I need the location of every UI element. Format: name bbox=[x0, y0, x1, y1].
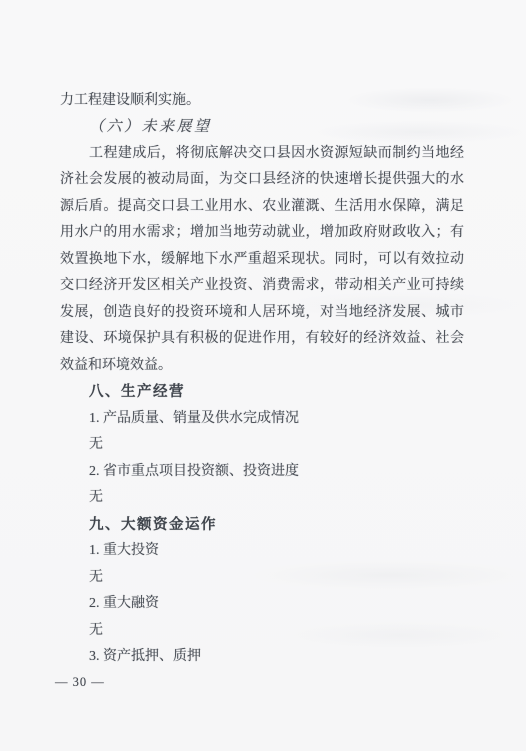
list-item-asset-mortgage-pledge: 3. 资产抵押、质押 bbox=[60, 644, 464, 671]
paragraph-line: 效益和环境效益。 bbox=[60, 353, 464, 380]
value-none: 无 bbox=[60, 432, 464, 459]
paragraph-line: 建设、环境保护具有积极的促进作用，有较好的经济效益、社会 bbox=[60, 326, 464, 353]
body-line-continuation: 力工程建设顺利实施。 bbox=[60, 88, 464, 115]
paragraph-line: 交口经济开发区相关产业投资、消费需求，带动相关产业可持续 bbox=[60, 273, 464, 300]
paragraph-line: 用水户的用水需求；增加当地劳动就业，增加政府财政收入；有 bbox=[60, 220, 464, 247]
list-item-major-financing: 2. 重大融资 bbox=[60, 591, 464, 618]
value-none: 无 bbox=[60, 485, 464, 512]
list-item-product-quality: 1. 产品质量、销量及供水完成情况 bbox=[60, 406, 464, 433]
paragraph-line: 源后盾。提高交口县工业用水、农业灌溉、生活用水保障，满足 bbox=[60, 194, 464, 221]
list-item-key-project-investment: 2. 省市重点项目投资额、投资进度 bbox=[60, 459, 464, 486]
page-content: 力工程建设顺利实施。 （六）未来展望 工程建成后，将彻底解决交口县因水资源短缺而… bbox=[60, 88, 464, 671]
subsection-heading-future-outlook: （六）未来展望 bbox=[60, 114, 464, 141]
section-heading-production-operations: 八、生产经营 bbox=[60, 379, 464, 406]
paragraph-line: 工程建成后，将彻底解决交口县因水资源短缺而制约当地经 bbox=[60, 141, 464, 168]
page-number: — 30 — bbox=[55, 674, 105, 690]
paragraph-line: 发展，创造良好的投资环境和人居环境，对当地经济发展、城市 bbox=[60, 300, 464, 327]
list-item-major-investment: 1. 重大投资 bbox=[60, 538, 464, 565]
section-heading-large-fund-operations: 九、大额资金运作 bbox=[60, 512, 464, 539]
scanned-document-page: 力工程建设顺利实施。 （六）未来展望 工程建成后，将彻底解决交口县因水资源短缺而… bbox=[0, 0, 526, 751]
paragraph-line: 济社会发展的被动局面，为交口县经济的快速增长提供强大的水 bbox=[60, 167, 464, 194]
value-none: 无 bbox=[60, 565, 464, 592]
value-none: 无 bbox=[60, 618, 464, 645]
paragraph-line: 效置换地下水，缓解地下水严重超采现状。同时，可以有效拉动 bbox=[60, 247, 464, 274]
